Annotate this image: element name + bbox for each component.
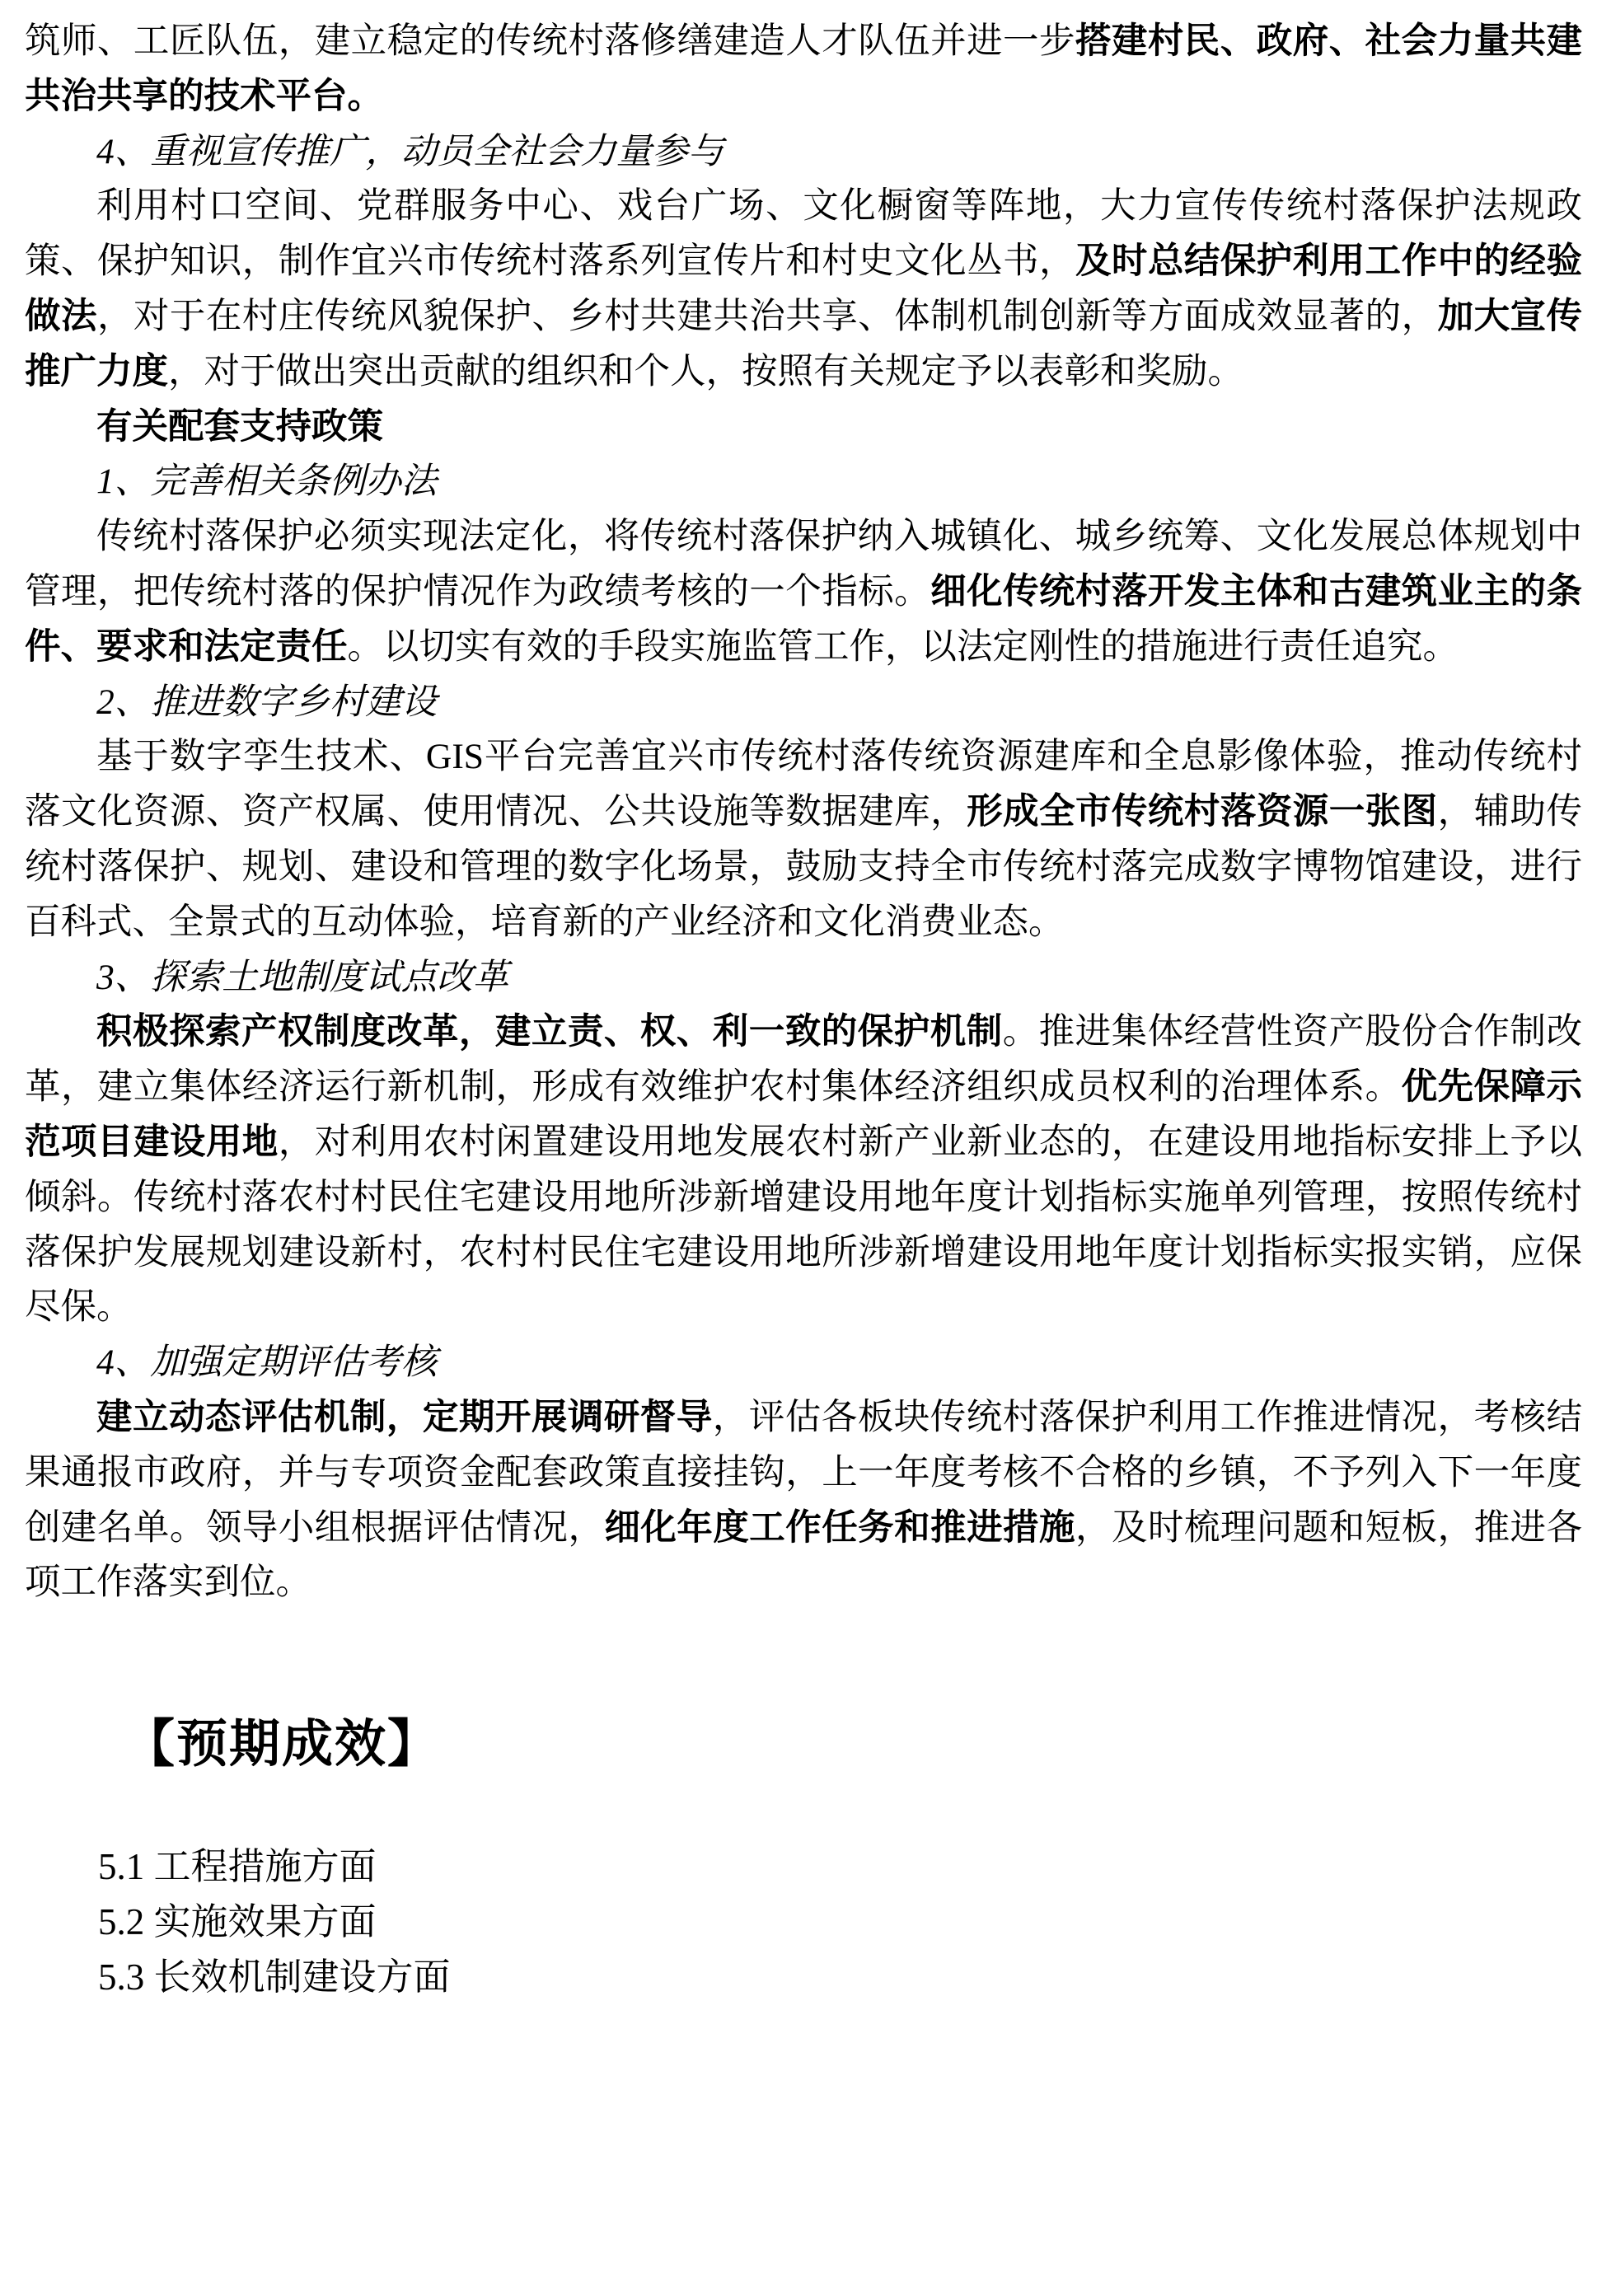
- text-line: 1、完善相关条例办法: [25, 454, 1582, 509]
- text-segment: 。推进集体经营性资产股份合作制改: [1003, 1012, 1582, 1052]
- text-line: 创建名单。领导小组根据评估情况，细化年度工作任务和推进措施，及时梳理问题和短板，…: [25, 1501, 1582, 1556]
- bold-text-segment: 推广力度: [25, 352, 168, 391]
- text-line: 落文化资源、资产权属、使用情况、公共设施等数据建库，形成全市传统村落资源一张图，…: [25, 785, 1582, 840]
- outline-item-5-3: 5.3 长效机制建设方面: [98, 1950, 1582, 2005]
- text-segment: ，对利用农村闲置建设用地发展农村新产业新业态的，在建设用地指标安排上予以: [279, 1122, 1582, 1162]
- text-line: 利用村口空间、党群服务中心、戏台广场、文化橱窗等阵地，大力宣传传统村落保护法规政: [25, 179, 1582, 234]
- text-line: 传统村落保护必须实现法定化，将传统村落保护纳入城镇化、城乡统筹、文化发展总体规划…: [25, 509, 1582, 565]
- text-segment: ，对于做出突出贡献的组织和个人，按照有关规定予以表彰和奖励。: [168, 352, 1243, 391]
- bold-text-segment: 优先保障示: [1402, 1067, 1582, 1107]
- text-segment: ，对于在村庄传统风貌保护、乡村共建共治共享、体制机制创新等方面成效显著的，: [97, 297, 1438, 336]
- bold-text-segment: 共治共享的技术平台。: [25, 77, 383, 116]
- text-segment: 落保护发展规划建设新村，农村村民住宅建设用地所涉新增建设用地年度计划指标实报实销…: [25, 1233, 1582, 1272]
- text-line: 统村落保护、规划、建设和管理的数字化场景，鼓励支持全市传统村落完成数字博物馆建设…: [25, 840, 1582, 895]
- document-page: 筑师、工匠队伍，建立稳定的传统村落修缮建造人才队伍并进一步搭建村民、政府、社会力…: [0, 0, 1611, 2296]
- text-line: 尽保。: [25, 1280, 1582, 1335]
- text-line: 范项目建设用地，对利用农村闲置建设用地发展农村新产业新业态的，在建设用地指标安排…: [25, 1115, 1582, 1170]
- text-line: 有关配套支持政策: [25, 400, 1582, 455]
- bold-text-segment: 积极探索产权制度改革，建立责、权、利一致的保护机制: [96, 1012, 1003, 1052]
- text-segment: ，评估各板块传统村落保护利用工作推进情况，考核结: [713, 1398, 1582, 1437]
- text-line: 推广力度，对于做出突出贡献的组织和个人，按照有关规定予以表彰和奖励。: [25, 344, 1582, 400]
- text-segment: 管理，把传统村落的保护情况作为政绩考核的一个指标。: [25, 572, 930, 611]
- text-line: 项工作落实到位。: [25, 1555, 1582, 1610]
- text-line: 4、重视宣传推广，动员全社会力量参与: [25, 124, 1582, 180]
- bold-text-segment: 建立动态评估机制，定期开展调研督导: [96, 1398, 713, 1437]
- text-segment: 百科式、全景式的互动体验，培育新的产业经济和文化消费业态。: [25, 902, 1065, 942]
- text-segment: 。以切实有效的手段实施监管工作，以法定刚性的措施进行责任追究。: [348, 627, 1459, 667]
- text-segment: 创建名单。领导小组根据评估情况，: [25, 1508, 604, 1548]
- bold-text-segment: 细化年度工作任务和推进措施: [604, 1508, 1075, 1548]
- italic-subheading-text: 1、完善相关条例办法: [96, 462, 437, 501]
- text-segment: 倾斜。传统村落农村村民住宅建设用地所涉新增建设用地年度计划指标实施单列管理，按照…: [25, 1178, 1582, 1217]
- outline-item-5-2: 5.2 实施效果方面: [98, 1895, 1582, 1950]
- text-line: 共治共享的技术平台。: [25, 69, 1582, 124]
- text-segment: 革，建立集体经济运行新机制，形成有效维护农村集体经济组织成员权利的治理体系。: [25, 1067, 1402, 1107]
- bold-text-segment: 件、要求和法定责任: [25, 627, 348, 667]
- text-segment: ，及时梳理问题和短板，推进各: [1075, 1508, 1582, 1548]
- text-line: 百科式、全景式的互动体验，培育新的产业经济和文化消费业态。: [25, 895, 1582, 950]
- italic-subheading-text: 4、重视宣传推广，动员全社会力量参与: [96, 132, 724, 171]
- text-line: 基于数字孪生技术、GIS平台完善宜兴市传统村落传统资源建库和全息影像体验，推动传…: [25, 729, 1582, 785]
- text-line: 2、推进数字乡村建设: [25, 675, 1582, 730]
- text-segment: 策、保护知识，制作宜兴市传统村落系列宣传片和村史文化丛书，: [25, 241, 1075, 281]
- text-line: 筑师、工匠队伍，建立稳定的传统村落修缮建造人才队伍并进一步搭建村民、政府、社会力…: [25, 14, 1582, 69]
- outline-list: 5.1 工程措施方面 5.2 实施效果方面 5.3 长效机制建设方面: [98, 1839, 1582, 2004]
- section-heading-expected-results: 【预期成效】: [124, 1708, 1582, 1782]
- text-segment: 统村落保护、规划、建设和管理的数字化场景，鼓励支持全市传统村落完成数字博物馆建设…: [25, 847, 1582, 887]
- italic-subheading-text: 2、推进数字乡村建设: [96, 682, 437, 722]
- bold-text-segment: 加大宣传: [1438, 297, 1582, 336]
- text-line: 管理，把传统村落的保护情况作为政绩考核的一个指标。细化传统村落开发主体和古建筑业…: [25, 565, 1582, 620]
- italic-subheading-text: 3、探索土地制度试点改革: [96, 958, 508, 997]
- bold-text-segment: 细化传统村落开发主体和古建筑业主的条: [930, 572, 1582, 611]
- bold-text-segment: 有关配套支持政策: [96, 407, 383, 447]
- bold-text-segment: 搭建村民、政府、社会力量共建: [1075, 21, 1582, 61]
- text-segment: 利用村口空间、党群服务中心、戏台广场、文化橱窗等阵地，大力宣传传统村落保护法规政: [96, 186, 1582, 226]
- document-body-text: 筑师、工匠队伍，建立稳定的传统村落修缮建造人才队伍并进一步搭建村民、政府、社会力…: [25, 14, 1582, 1610]
- bold-text-segment: 做法: [25, 297, 97, 336]
- text-line: 3、探索土地制度试点改革: [25, 950, 1582, 1005]
- text-segment: ，辅助传: [1438, 792, 1582, 832]
- text-line: 建立动态评估机制，定期开展调研督导，评估各板块传统村落保护利用工作推进情况，考核…: [25, 1390, 1582, 1446]
- bold-text-segment: 范项目建设用地: [25, 1122, 279, 1162]
- text-line: 4、加强定期评估考核: [25, 1335, 1582, 1390]
- text-segment: 筑师、工匠队伍，建立稳定的传统村落修缮建造人才队伍并进一步: [25, 21, 1075, 61]
- text-line: 倾斜。传统村落农村村民住宅建设用地所涉新增建设用地年度计划指标实施单列管理，按照…: [25, 1170, 1582, 1225]
- text-segment: 基于数字孪生技术、GIS平台完善宜兴市传统村落传统资源建库和全息影像体验，推动传…: [96, 737, 1582, 776]
- text-line: 革，建立集体经济运行新机制，形成有效维护农村集体经济组织成员权利的治理体系。优先…: [25, 1060, 1582, 1115]
- text-segment: 果通报市政府，并与专项资金配套政策直接挂钩，上一年度考核不合格的乡镇，不予列入下…: [25, 1453, 1582, 1492]
- text-line: 果通报市政府，并与专项资金配套政策直接挂钩，上一年度考核不合格的乡镇，不予列入下…: [25, 1446, 1582, 1501]
- text-line: 策、保护知识，制作宜兴市传统村落系列宣传片和村史文化丛书，及时总结保护利用工作中…: [25, 234, 1582, 289]
- bold-text-segment: 形成全市传统村落资源一张图: [967, 792, 1438, 832]
- bold-text-segment: 及时总结保护利用工作中的经验: [1075, 241, 1582, 281]
- italic-subheading-text: 4、加强定期评估考核: [96, 1342, 437, 1382]
- text-segment: 传统村落保护必须实现法定化，将传统村落保护纳入城镇化、城乡统筹、文化发展总体规划…: [96, 517, 1582, 556]
- text-segment: 落文化资源、资产权属、使用情况、公共设施等数据建库，: [25, 792, 967, 832]
- outline-item-5-1: 5.1 工程措施方面: [98, 1839, 1582, 1895]
- text-line: 做法，对于在村庄传统风貌保护、乡村共建共治共享、体制机制创新等方面成效显著的，加…: [25, 289, 1582, 344]
- text-segment: 尽保。: [25, 1287, 133, 1327]
- text-segment: 项工作落实到位。: [25, 1563, 311, 1602]
- text-line: 件、要求和法定责任。以切实有效的手段实施监管工作，以法定刚性的措施进行责任追究。: [25, 620, 1582, 675]
- text-line: 落保护发展规划建设新村，农村村民住宅建设用地所涉新增建设用地年度计划指标实报实销…: [25, 1225, 1582, 1281]
- text-line: 积极探索产权制度改革，建立责、权、利一致的保护机制。推进集体经营性资产股份合作制…: [25, 1005, 1582, 1060]
